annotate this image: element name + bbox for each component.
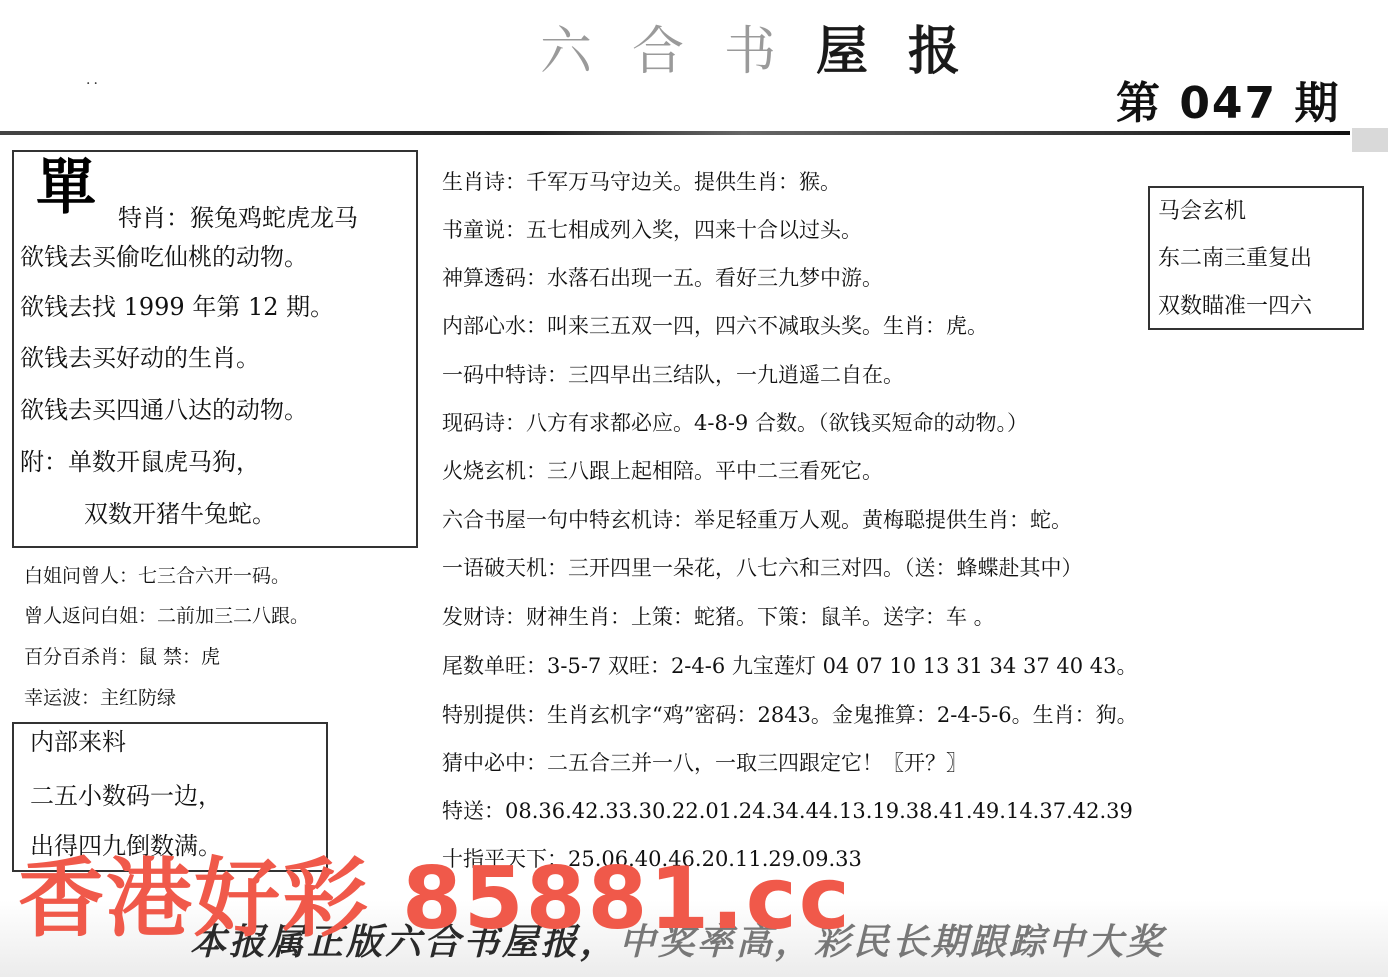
tip-line: 特送：08.36.42.33.30.22.01.24.34.44.13.19.3… — [442, 799, 1133, 824]
tip-line: 发财诗：财神生肖：上策：蛇猪。下策：鼠羊。送字：车 。 — [442, 605, 995, 630]
tip-line: 一码中特诗：三四早出三结队，一九逍遥二自在。 — [442, 363, 904, 388]
page-title-bold: 屋报 — [816, 22, 1000, 82]
main-box-line: 双数开猪牛兔蛇。 — [84, 500, 276, 529]
note-line: 幸运波：主红防绿 — [24, 687, 176, 710]
tip-line: 现码诗：八方有求都必应。4-8-9 合数。（欲钱买短命的动物。） — [442, 411, 1028, 436]
decorative-dots: ·· — [86, 76, 101, 92]
tip-line: 猜中必中：二五合三并一八，一取三四跟定它！〖开？〗 — [442, 751, 967, 776]
issue-number: 第 047 期 — [1116, 82, 1340, 126]
tip-line: 内部心水：叫来三五双一四，四六不减取头奖。生肖：虎。 — [442, 314, 988, 339]
main-box-line: 欲钱去找 1999 年第 12 期。 — [20, 293, 334, 322]
tip-line: 尾数单旺：3-5-7 双旺：2-4-6 九宝莲灯 04 07 10 13 31 … — [442, 654, 1137, 679]
horse-club-title: 马会玄机 — [1158, 199, 1246, 225]
main-box-line: 特肖：猴兔鸡蛇虎龙马 — [118, 204, 358, 233]
page-title-faded: 六合书 — [540, 22, 816, 82]
horse-club-line: 东二南三重复出 — [1158, 246, 1312, 272]
tip-line: 火烧玄机：三八跟上起相陪。平中二三看死它。 — [442, 459, 883, 484]
tip-line: 六合书屋一句中特玄机诗：举足轻重万人观。黄梅聪提供生肖：蛇。 — [442, 508, 1072, 533]
dan-character: 單 — [36, 158, 96, 218]
page-title: 六合书屋报 — [540, 26, 1000, 78]
tip-line: 生肖诗：千军万马守边关。提供生肖：猴。 — [442, 170, 841, 195]
tip-line: 特别提供：生肖玄机字“鸡”密码：2843。金鬼推算：2-4-5-6。生肖：狗。 — [442, 703, 1138, 728]
note-line: 百分百杀肖：鼠 禁：虎 — [24, 646, 220, 669]
header-divider — [0, 131, 1350, 135]
tip-line: 神算透码：水落石出现一五。看好三九梦中游。 — [442, 266, 883, 291]
tip-line: 书童说：五七相成列入奖，四来十合以过头。 — [442, 218, 862, 243]
note-line: 曾人返问白姐：二前加三二八跟。 — [24, 605, 309, 628]
site-watermark: 香港好彩 85881.cc — [18, 856, 852, 942]
tip-line: 一语破天机：三开四里一朵花，八七六和三对四。（送：蜂蝶赴其中） — [442, 556, 1083, 581]
inside-info-title: 内部来料 — [30, 728, 126, 757]
note-line: 白姐问曾人：七三合六开一码。 — [24, 565, 290, 588]
main-box-line: 欲钱去买四通八达的动物。 — [20, 396, 308, 425]
inside-info-line: 二五小数码一边， — [30, 782, 222, 811]
main-box-line: 欲钱去买偷吃仙桃的动物。 — [20, 243, 308, 272]
horse-club-line: 双数瞄准一四六 — [1158, 294, 1312, 320]
main-box-line: 附：单数开鼠虎马狗， — [20, 448, 260, 477]
scan-speck — [1352, 128, 1388, 152]
main-box-line: 欲钱去买好动的生肖。 — [20, 344, 260, 373]
